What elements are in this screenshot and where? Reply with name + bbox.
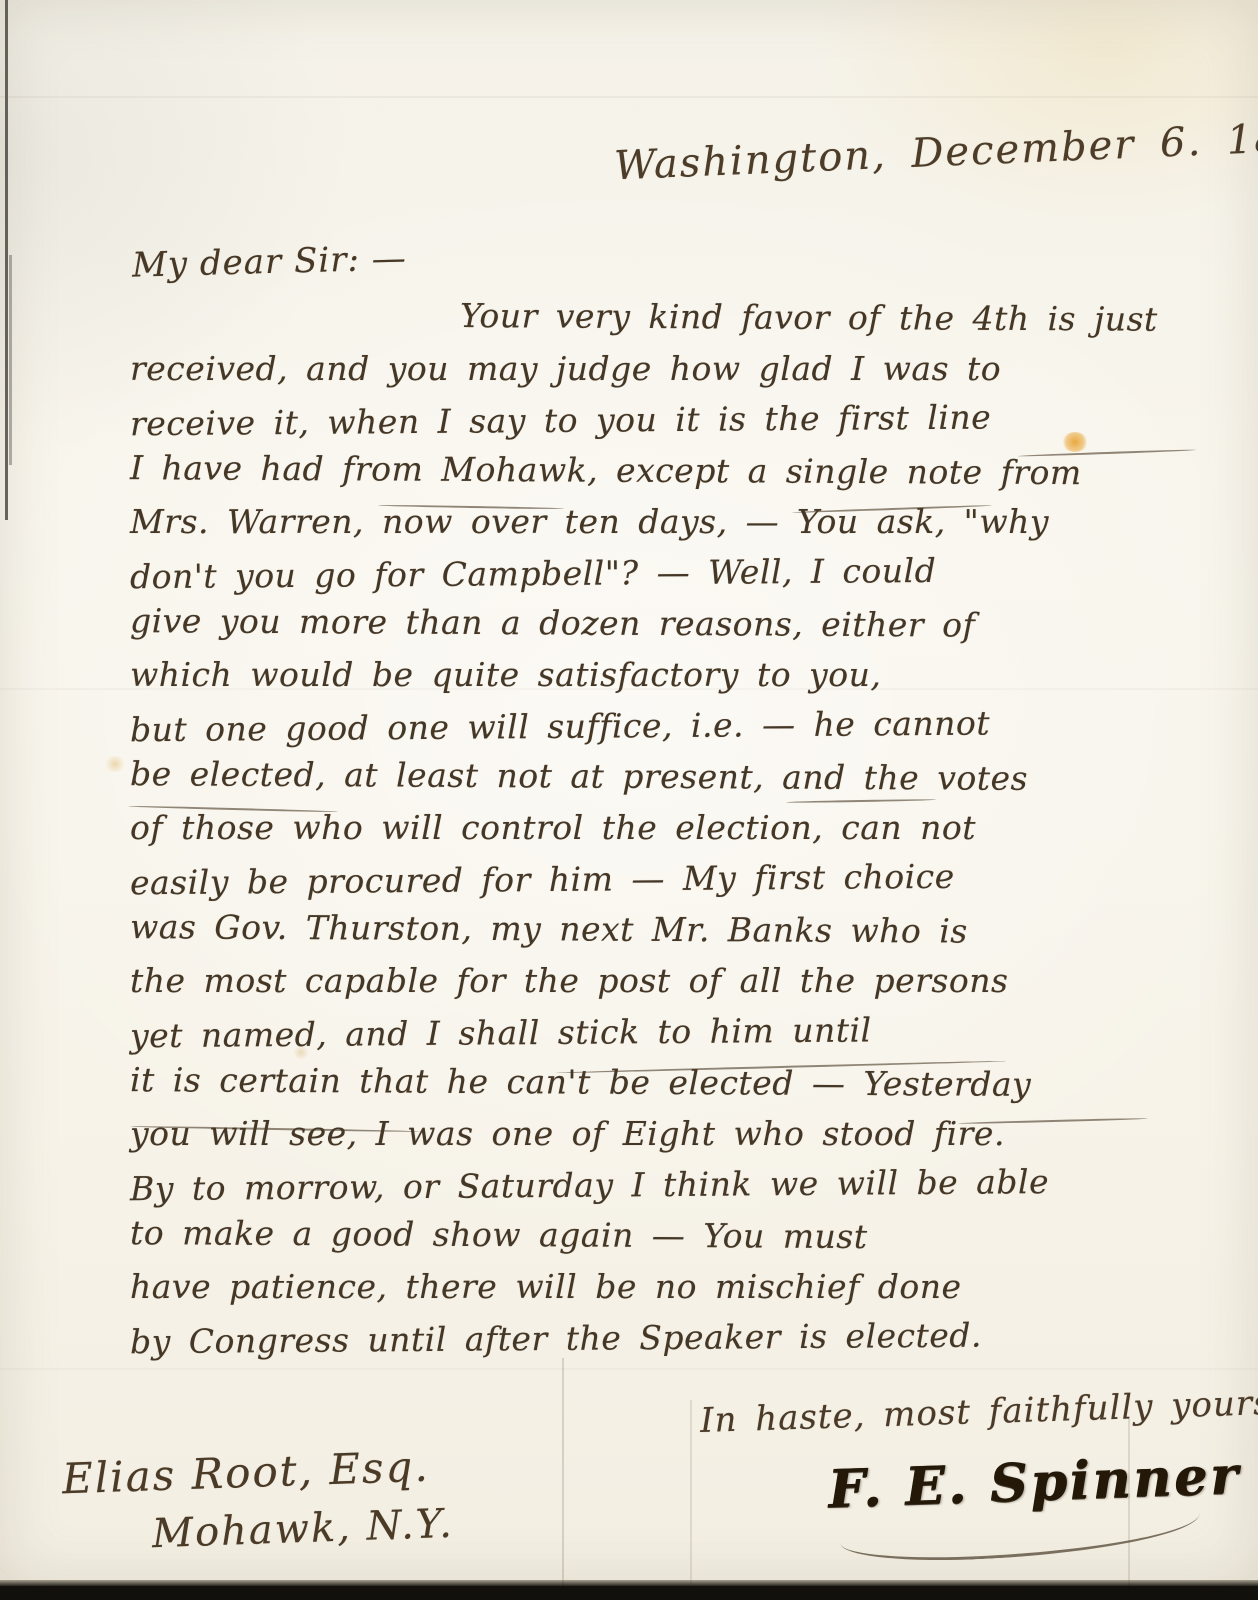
letter-body-line: yet named, and I shall stick to him unti… — [130, 1002, 1215, 1062]
letter-photo: { "letter": { "dateline": "Washington, D… — [0, 0, 1258, 1600]
letter-body-line: to make a good show again — You must — [130, 1207, 1215, 1264]
letter-body-line: but one good one will suffice, i.e. — he… — [130, 696, 1215, 756]
recipient-name: Elias Root, Esq. — [61, 1442, 430, 1504]
scan-edge-mark — [9, 255, 12, 465]
photo-background-strip — [0, 1586, 1258, 1600]
fold-crease — [562, 1358, 564, 1586]
recipient-place: Mohawk, N.Y. — [151, 1501, 454, 1558]
letter-body-line: don't you go for Campbell"? — Well, I co… — [130, 543, 1215, 603]
fold-crease — [0, 1368, 1258, 1370]
salutation: My dear Sir: — — [132, 238, 408, 285]
letter-page: Washington, December 6. 1855. My dear Si… — [0, 0, 1258, 1586]
dateline: Washington, December 6. 1855. — [613, 113, 1258, 190]
letter-body: Your very kind favor of the 4th is justr… — [130, 292, 1215, 1363]
letter-body-line: have patience, there will be no mischief… — [130, 1261, 1215, 1312]
letter-body-line: by Congress until after the Speaker is e… — [130, 1308, 1215, 1368]
letter-body-line: the most capable for the post of all the… — [130, 955, 1215, 1006]
letter-body-line: By to morrow, or Saturday I think we wil… — [130, 1155, 1215, 1215]
letter-body-line: which would be quite satisfactory to you… — [130, 649, 1215, 700]
letter-body-line: receive it, when I say to you it is the … — [130, 390, 1215, 450]
letter-body-line: it is certain that he can't be elected —… — [130, 1054, 1215, 1111]
fold-crease — [0, 96, 1258, 98]
closing-line: In haste, most faithfully yours — [700, 1383, 1258, 1441]
letter-body-line: Mrs. Warren, now over ten days, — You as… — [130, 496, 1215, 547]
paper-stain — [104, 756, 126, 772]
letter-body-line: you will see, I was one of Eight who sto… — [130, 1108, 1215, 1159]
letter-body-line: easily be procured for him — My first ch… — [130, 849, 1215, 909]
letter-body-line: received, and you may judge how glad I w… — [130, 343, 1215, 394]
letter-body-line: I have had from Mohawk, except a single … — [130, 442, 1215, 499]
letter-body-line: was Gov. Thurston, my next Mr. Banks who… — [130, 901, 1215, 958]
letter-body-line: give you more than a dozen reasons, eith… — [130, 595, 1215, 652]
scan-edge-line — [5, 0, 8, 520]
letter-body-line: be elected, at least not at present, and… — [130, 748, 1215, 805]
fold-crease — [690, 1400, 692, 1586]
letter-body-line: Your very kind favor of the 4th is just — [460, 290, 1215, 345]
